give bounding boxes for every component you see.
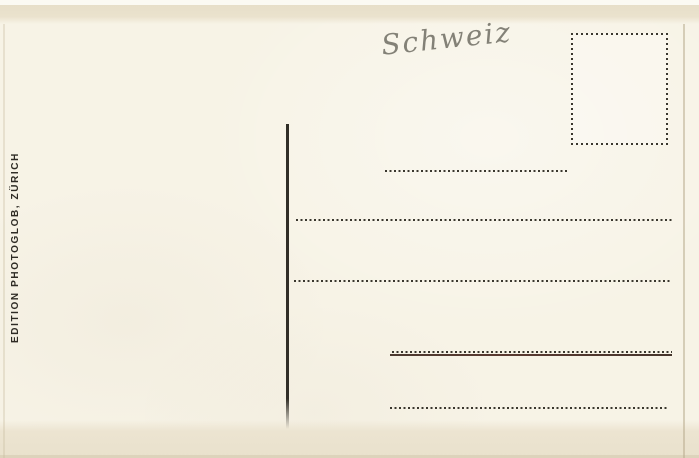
address-line-2 [296, 219, 672, 221]
divider-line [286, 124, 289, 429]
top-edge-band [0, 5, 699, 24]
left-edge-crease [3, 24, 5, 458]
publisher-imprint: EDITION PHOTOGLOB, ZÜRICH [10, 163, 22, 343]
postcard-back: EDITION PHOTOGLOB, ZÜRICH Schweiz [0, 0, 699, 458]
bottom-edge-band [0, 420, 699, 458]
address-line-1 [385, 170, 568, 172]
address-line-3 [294, 280, 671, 282]
address-line-4-underline [390, 354, 672, 356]
right-edge-crease [683, 24, 685, 458]
address-line-4 [392, 351, 672, 353]
address-line-5 [390, 407, 668, 409]
stamp-box [571, 33, 668, 145]
